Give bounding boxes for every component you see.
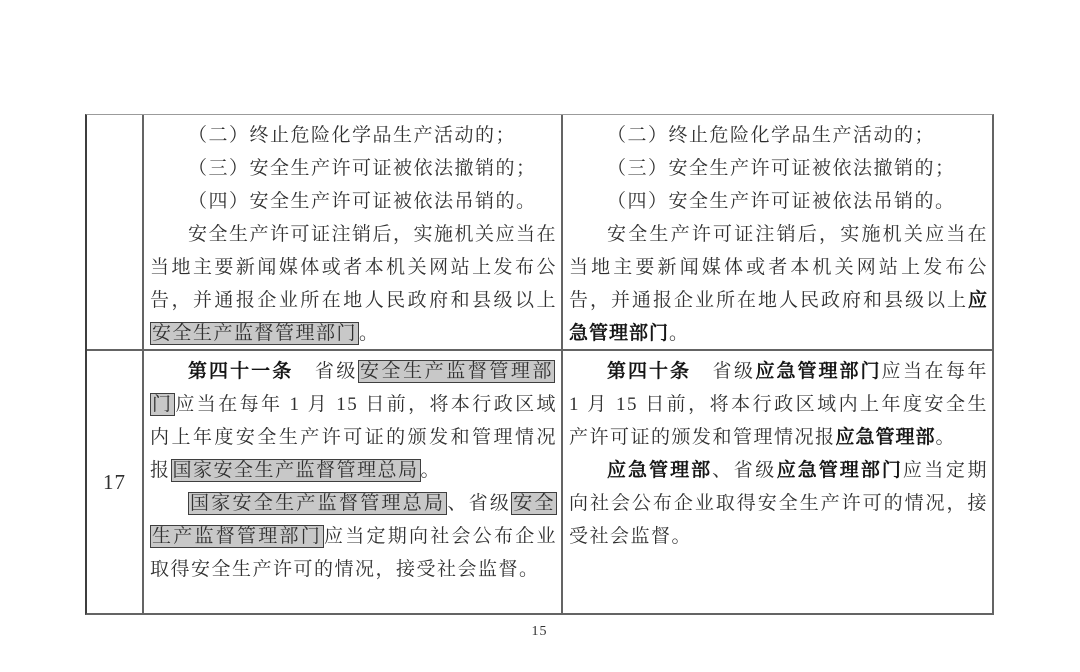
paragraph: 应急管理部、省级应急管理部门应当定期向社会公布企业取得安全生产许可的情况，接受社… <box>569 454 988 553</box>
new-text-cell: 第四十条 省级应急管理部门应当在每年 1 月 15 日前，将本行政区域内上年度安… <box>563 351 992 613</box>
text-run: （二）终止危险化学品生产活动的； <box>607 125 935 146</box>
paragraph: （二）终止危险化学品生产活动的； <box>569 119 988 152</box>
highlighted-term: 安全生产监督管理部门 <box>150 322 359 345</box>
text-run: 、省级 <box>447 493 511 514</box>
text-run: 省级 <box>293 361 358 382</box>
bold-term: 应急管理部门 <box>777 460 903 481</box>
comparison-table: （二）终止危险化学品生产活动的；（三）安全生产许可证被依法撤销的；（四）安全生产… <box>85 114 994 615</box>
new-text-cell: （二）终止危险化学品生产活动的；（三）安全生产许可证被依法撤销的；（四）安全生产… <box>563 115 992 351</box>
old-text-cell: （二）终止危险化学品生产活动的；（三）安全生产许可证被依法撤销的；（四）安全生产… <box>144 115 563 351</box>
text-run: 安全生产许可证注销后，实施机关应当在当地主要新闻媒体或者本机关网站上发布公告，并… <box>150 224 557 311</box>
text-run: （三）安全生产许可证被依法撤销的； <box>607 158 956 179</box>
bold-term: 第四十一条 <box>188 361 293 382</box>
paragraph: 第四十条 省级应急管理部门应当在每年 1 月 15 日前，将本行政区域内上年度安… <box>569 355 988 454</box>
paragraph: （三）安全生产许可证被依法撤销的； <box>569 152 988 185</box>
paragraph: （四）安全生产许可证被依法吊销的。 <box>150 185 557 218</box>
paragraph: 安全生产许可证注销后，实施机关应当在当地主要新闻媒体或者本机关网站上发布公告，并… <box>150 218 557 350</box>
bold-term: 应急管理部门 <box>756 361 882 382</box>
bold-term: 应急管理部 <box>836 427 936 448</box>
page-number: 15 <box>85 624 994 640</box>
text-run: 。 <box>359 323 380 344</box>
table-row: （二）终止危险化学品生产活动的；（三）安全生产许可证被依法撤销的；（四）安全生产… <box>87 115 992 351</box>
text-run: （四）安全生产许可证被依法吊销的。 <box>607 191 956 212</box>
table-row: 17 第四十一条 省级安全生产监督管理部门应当在每年 1 月 15 日前，将本行… <box>87 351 992 613</box>
paragraph: （四）安全生产许可证被依法吊销的。 <box>569 185 988 218</box>
text-run: 。 <box>421 460 442 481</box>
paragraph: 安全生产许可证注销后，实施机关应当在当地主要新闻媒体或者本机关网站上发布公告，并… <box>569 218 988 350</box>
text-run: 。 <box>669 323 690 344</box>
highlighted-term: 国家安全生产监督管理总局 <box>188 492 447 515</box>
text-run: 、省级 <box>712 460 777 481</box>
row-number-cell <box>87 115 144 351</box>
paragraph: 国家安全生产监督管理总局、省级安全生产监督管理部门应当定期向社会公布企业取得安全… <box>150 487 557 586</box>
old-text-cell: 第四十一条 省级安全生产监督管理部门应当在每年 1 月 15 日前，将本行政区域… <box>144 351 563 613</box>
row-number-cell: 17 <box>87 351 144 613</box>
bold-term: 应急管理部 <box>607 460 712 481</box>
highlighted-term: 国家安全生产监督管理总局 <box>171 459 421 482</box>
text-run: （四）安全生产许可证被依法吊销的。 <box>188 191 537 212</box>
text-run: （二）终止危险化学品生产活动的； <box>188 125 516 146</box>
text-run: 。 <box>936 427 957 448</box>
paragraph: 第四十一条 省级安全生产监督管理部门应当在每年 1 月 15 日前，将本行政区域… <box>150 355 557 487</box>
bold-term: 第四十条 <box>607 361 691 382</box>
text-run: 安全生产许可证注销后，实施机关应当在当地主要新闻媒体或者本机关网站上发布公告，并… <box>569 224 988 311</box>
paragraph: （二）终止危险化学品生产活动的； <box>150 119 557 152</box>
text-run: （三）安全生产许可证被依法撤销的； <box>188 158 537 179</box>
text-run: 省级 <box>691 361 756 382</box>
paragraph: （三）安全生产许可证被依法撤销的； <box>150 152 557 185</box>
